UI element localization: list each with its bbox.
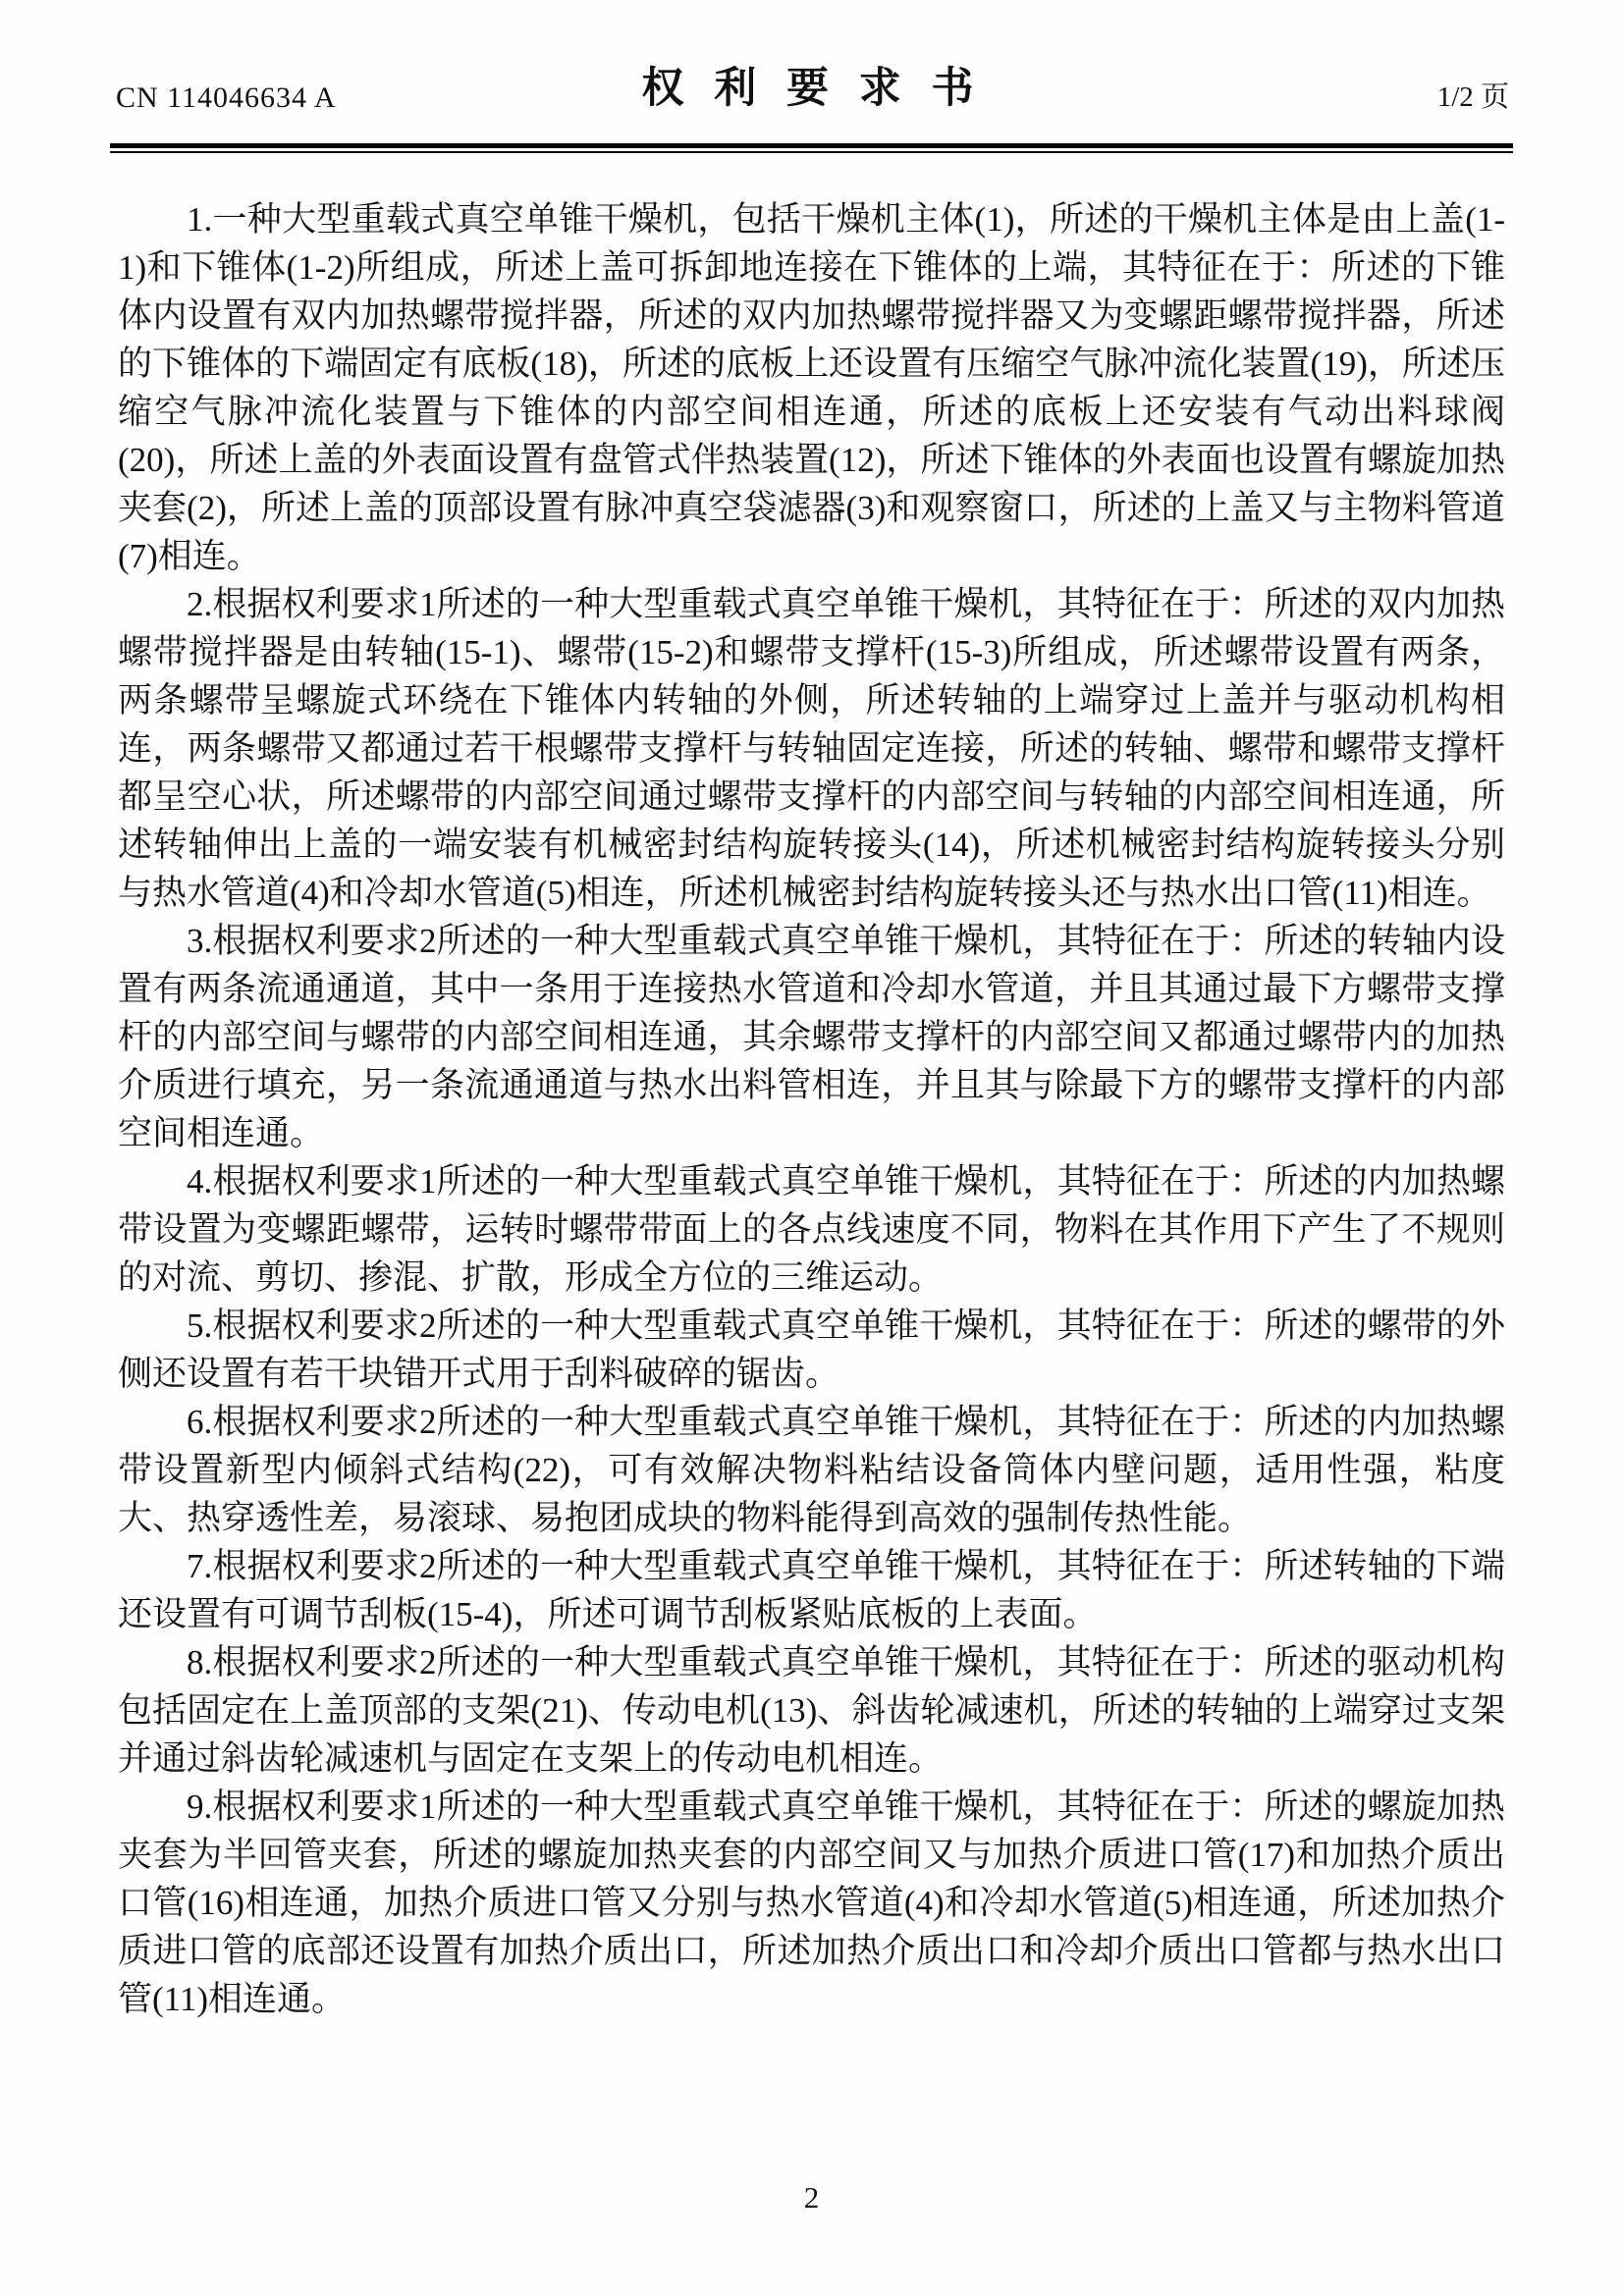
- claim-paragraph-7: 7.根据权利要求2所述的一种大型重载式真空单锥干燥机，其特征在于：所述转轴的下端…: [118, 1542, 1505, 1638]
- header-divider-rule: [110, 143, 1513, 153]
- claim-paragraph-9: 9.根据权利要求1所述的一种大型重载式真空单锥干燥机，其特征在于：所述的螺旋加热…: [118, 1783, 1505, 2023]
- claim-paragraph-6: 6.根据权利要求2所述的一种大型重载式真空单锥干燥机，其特征在于：所述的内加热螺…: [118, 1398, 1505, 1542]
- claims-body: 1.一种大型重载式真空单锥干燥机，包括干燥机主体(1)，所述的干燥机主体是由上盖…: [118, 195, 1505, 2023]
- document-title: 权 利 要 求 书: [642, 55, 984, 115]
- patent-number: CN 114046634 A: [116, 81, 642, 115]
- page-footer: 2: [0, 2180, 1623, 2216]
- footer-page-number: 2: [804, 2180, 820, 2215]
- page-header: CN 114046634 A 权 利 要 求 书 1/2 页: [116, 55, 1509, 115]
- claim-paragraph-1: 1.一种大型重载式真空单锥干燥机，包括干燥机主体(1)，所述的干燥机主体是由上盖…: [118, 195, 1505, 580]
- claim-paragraph-3: 3.根据权利要求2所述的一种大型重载式真空单锥干燥机，其特征在于：所述的转轴内设…: [118, 917, 1505, 1157]
- claim-paragraph-5: 5.根据权利要求2所述的一种大型重载式真空单锥干燥机，其特征在于：所述的螺带的外…: [118, 1302, 1505, 1398]
- page-indicator: 1/2 页: [984, 75, 1510, 115]
- claim-paragraph-4: 4.根据权利要求1所述的一种大型重载式真空单锥干燥机，其特征在于：所述的内加热螺…: [118, 1157, 1505, 1302]
- claim-paragraph-2: 2.根据权利要求1所述的一种大型重载式真空单锥干燥机，其特征在于：所述的双内加热…: [118, 580, 1505, 917]
- patent-claims-page: CN 114046634 A 权 利 要 求 书 1/2 页 1.一种大型重载式…: [0, 0, 1623, 2296]
- claim-paragraph-8: 8.根据权利要求2所述的一种大型重载式真空单锥干燥机，其特征在于：所述的驱动机构…: [118, 1638, 1505, 1783]
